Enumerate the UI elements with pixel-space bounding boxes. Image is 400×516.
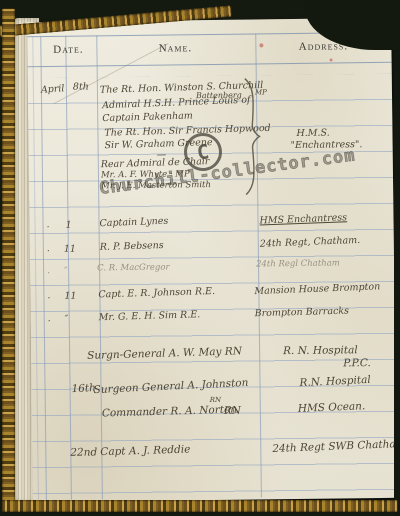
gilt-border-left: [2, 8, 15, 508]
ledger-photo: 3 2 14. Date. Name. Address. April 8th T…: [0, 0, 400, 516]
column-header-name: Name.: [120, 42, 230, 55]
group-brace-icon: [242, 77, 264, 200]
book-edge-right: [394, 0, 400, 516]
entry-address: 24th Regl Chatham: [256, 259, 340, 269]
red-ink-speck: [330, 59, 333, 62]
entry-name-suffix: RN: [224, 406, 241, 417]
entry-name: R. P. Bebsens: [100, 241, 164, 252]
entry-name: Capt A. J. Reddie: [100, 444, 190, 457]
entry-month-ditto: ·: [47, 294, 50, 304]
entry-name: Captain Pakenham: [102, 111, 193, 123]
column-header-date: Date.: [13, 43, 123, 56]
entry-day: 22nd: [70, 447, 97, 458]
entry-day: 1: [66, 221, 72, 231]
entry-name: C. R. MacGregor: [97, 264, 170, 273]
gilt-border-bottom: [2, 500, 398, 512]
entry-day: 11: [64, 292, 76, 302]
entry-address: HMS Ocean.: [298, 401, 366, 414]
entry-month-ditto: ·: [47, 223, 50, 233]
red-ink-speck: [259, 43, 263, 47]
entry-address-note: P.P.C.: [343, 358, 371, 369]
entry-month: April: [41, 84, 65, 95]
entry-day: 8th: [73, 82, 89, 92]
entry-month-ditto: ·: [47, 247, 50, 257]
entry-day: ″: [65, 315, 69, 325]
entry-name-inserted: Battenberg: [196, 92, 242, 101]
entry-name-inserted: RN: [210, 397, 221, 404]
entry-month-ditto: ·: [48, 317, 51, 327]
entry-month-ditto: ·: [47, 269, 50, 279]
entry-address: H.M.S.: [296, 129, 329, 139]
entry-address: R. N. Hospital: [283, 345, 358, 356]
entry-name: Captain Lynes: [99, 217, 168, 229]
entry-day: ″: [64, 267, 68, 277]
header-rule-bottom: [28, 62, 392, 67]
ledger-page: Date. Name. Address. April 8th The Rt. H…: [27, 18, 397, 502]
entry-day: 11: [64, 245, 76, 255]
